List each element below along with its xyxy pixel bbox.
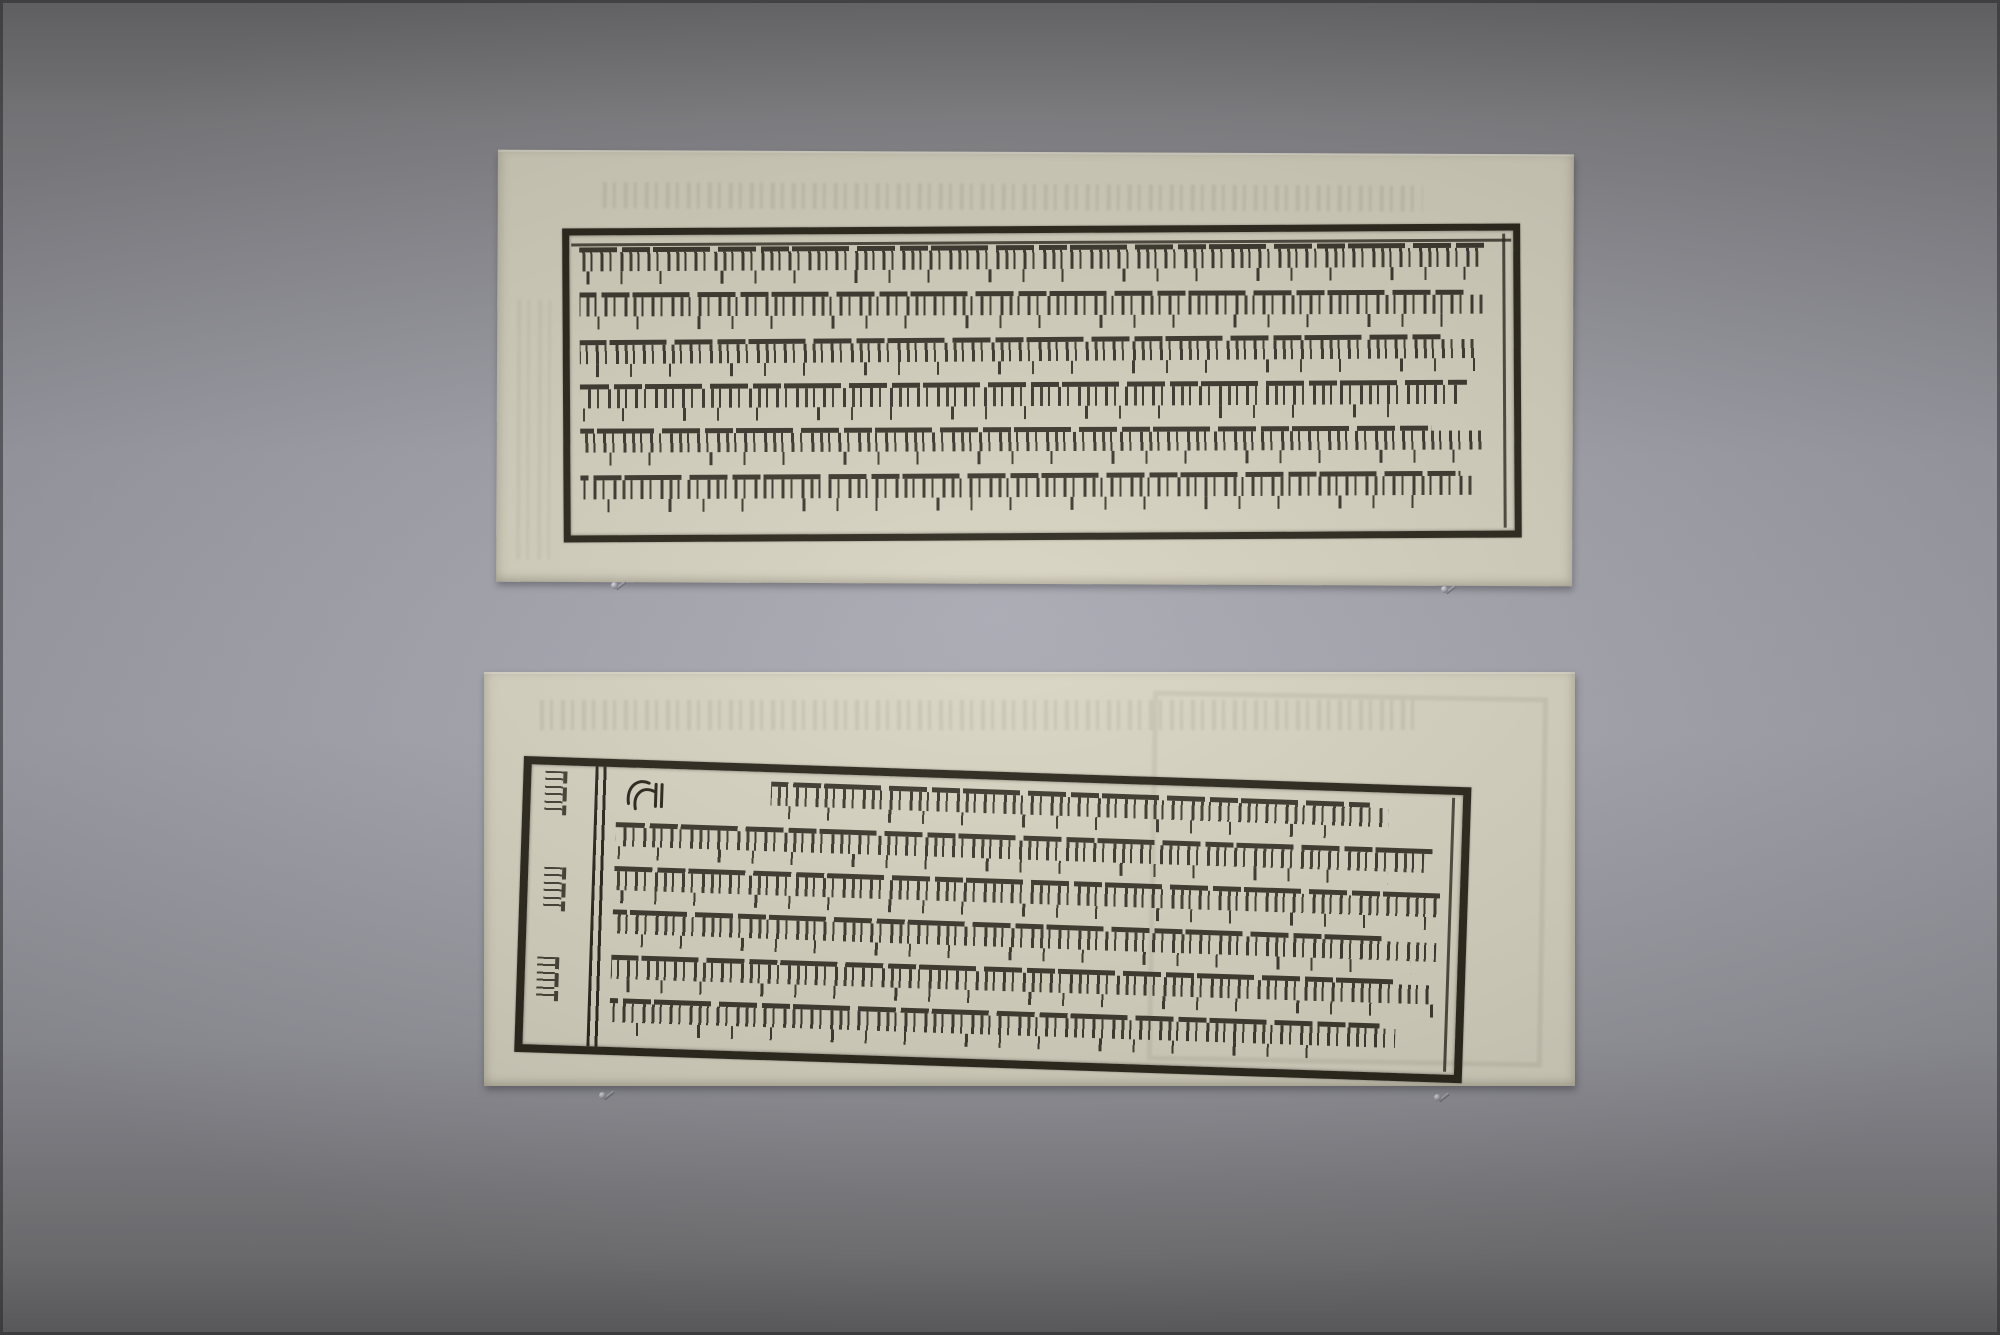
text-line: པ་བྱང་ཉེས་ཡོད་པས། ཟས་ལ་ཧ་ག་དབྱུད་ལེགས་པར… bbox=[579, 290, 1484, 330]
bottom-pecha-leaf: ལྔ༡ ༥༥༡ ཨ༠ ༄༅། ། །བཟང་པོ་འི་བསམ་པ་ལ་ཡུད་… bbox=[484, 672, 1575, 1086]
top-leaf-left-pin bbox=[611, 578, 629, 592]
yig-mgo-head-mark: ༄༅། ། bbox=[622, 773, 667, 814]
text-line: བཟོད་པ་ར་ཟས་ལ་དགས་བཏབ་པ་ལས། བློན་པོ་འགའ་… bbox=[579, 243, 1484, 285]
top-leaf-bleedthrough-left bbox=[516, 300, 557, 560]
top-leaf-bleedthrough-band bbox=[603, 182, 1423, 212]
pin-head bbox=[611, 582, 618, 589]
margin-volume-glyph: ལྔ༡ bbox=[542, 771, 567, 816]
top-leaf-print-frame: བཟོད་པ་ར་ཟས་ལ་དགས་བཏབ་པ་ལས། བློན་པོ་འགའ་… bbox=[562, 224, 1522, 543]
pin-head bbox=[1434, 1094, 1441, 1101]
bottom-frame-double-right-line bbox=[1443, 798, 1455, 1072]
bottom-leaf-right-pin bbox=[1434, 1090, 1452, 1104]
margin-column: ལྔ༡ ༥༥༡ ཨ༠ bbox=[522, 764, 595, 1046]
margin-section-glyph: ༥༥༡ bbox=[541, 867, 566, 912]
text-line: མ་གསུང་བར་ཞུ་… ཞུས་པས། བམ་ཟེ་གཟིགས་ཀྱི་ཉ… bbox=[580, 380, 1476, 422]
pin-head bbox=[1441, 586, 1448, 593]
bottom-leaf-left-pin bbox=[599, 1088, 617, 1102]
text-line: གྲོགས་མེད་མ་བཞུགས་པ་ག་ལ་ཆ། དས་འད་ལྟར་ཞུས… bbox=[580, 334, 1486, 377]
photo-backdrop-board: བཟོད་པ་ར་ཟས་ལ་དགས་བཏབ་པ་ལས། བློན་པོ་འགའ་… bbox=[0, 0, 2000, 1335]
bottom-leaf-bleedthrough-band bbox=[540, 700, 1420, 730]
text-line: ཏུ་དགའ། ད་ལ་ཞུས་སེམས་བསྐྱེད་པའི་ཡམ་ཟས་ཀྱ… bbox=[580, 471, 1490, 513]
top-leaf-right-pin bbox=[1441, 582, 1459, 596]
top-pecha-leaf: བཟོད་པ་ར་ཟས་ལ་དགས་བཏབ་པ་ལས། བློན་པོ་འགའ་… bbox=[496, 150, 1574, 587]
margin-page-glyph: ཨ༠ bbox=[534, 956, 559, 1001]
top-frame-double-right-line bbox=[1502, 234, 1507, 528]
pin-head bbox=[599, 1092, 606, 1099]
bottom-leaf-print-frame: ལྔ༡ ༥༥༡ ཨ༠ ༄༅། ། །བཟང་པོ་འི་བསམ་པ་ལ་ཡུད་… bbox=[514, 756, 1471, 1083]
yig-mgo-icon bbox=[622, 773, 667, 814]
text-line: བརྣོས་པ་མེད། དར་གོ་ཞུས་སེམས་བསྒྱུད་པའི་ལ… bbox=[580, 425, 1488, 465]
